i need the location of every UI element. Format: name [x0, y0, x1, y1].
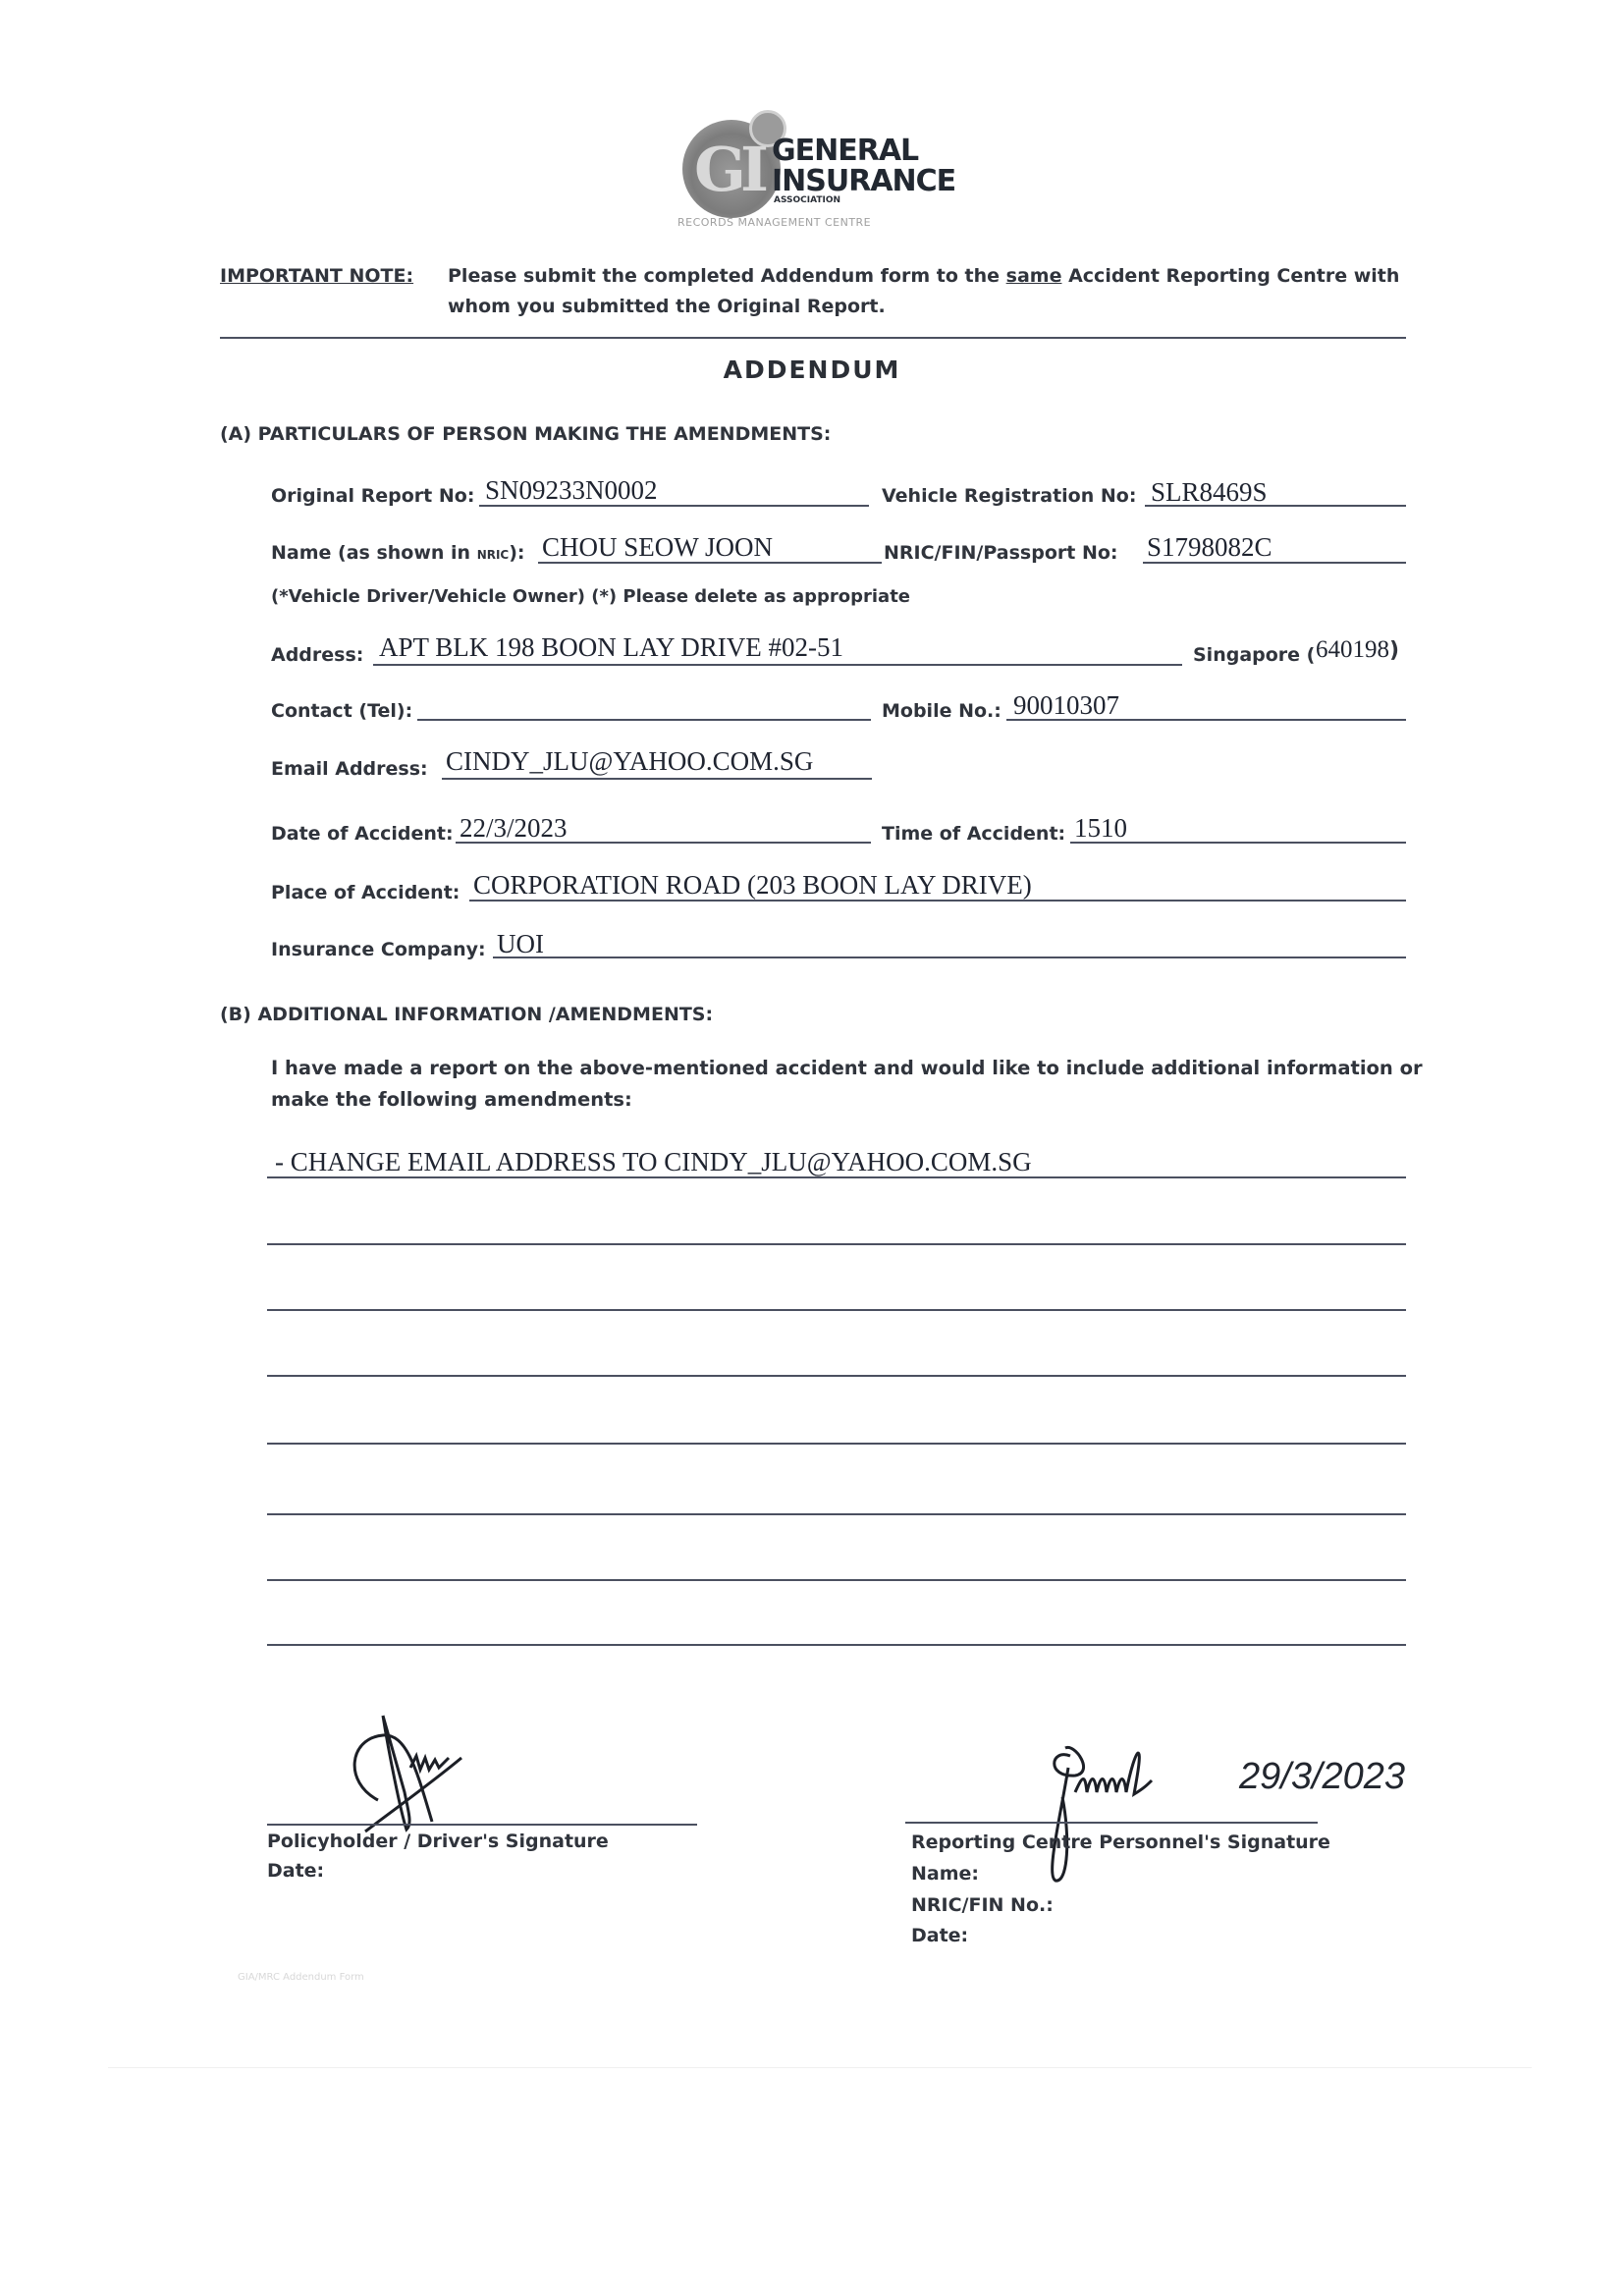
name-label-nric: NRIC	[477, 548, 510, 562]
personnel-date-label: Date:	[911, 1925, 968, 1946]
logo-association: ASSOCIATION	[774, 195, 840, 205]
name-label-prefix: Name (as shown in	[271, 542, 477, 564]
scan-edge-line	[108, 2067, 1532, 2068]
name-label: Name (as shown in NRIC):	[271, 542, 525, 564]
note-text-before: Please submit the completed Addendum for…	[448, 265, 1006, 287]
postal-code-value[interactable]: 640198)	[1316, 636, 1399, 664]
logo-subtitle: RECORDS MANAGEMENT CENTRE	[677, 216, 871, 229]
time-of-accident-label: Time of Accident:	[882, 823, 1065, 845]
insurance-company-value[interactable]: UOI	[497, 929, 544, 959]
name-label-suffix: ):	[509, 542, 524, 564]
amendment-line-1[interactable]: - CHANGE EMAIL ADDRESS TO CINDY_JLU@YAHO…	[275, 1147, 1032, 1177]
contact-tel-label: Contact (Tel):	[271, 700, 412, 722]
section-b-heading: (B) ADDITIONAL INFORMATION /AMENDMENTS:	[220, 1004, 713, 1025]
note-emphasis-same: same	[1006, 265, 1062, 287]
note-text-after: Accident Reporting Centre with	[1061, 265, 1399, 287]
important-note-line2: whom you submitted the Original Report.	[448, 296, 886, 317]
address-label: Address:	[271, 644, 363, 666]
policyholder-signature-line[interactable]	[267, 1824, 697, 1826]
policyholder-signature-label: Policyholder / Driver's Signature	[267, 1831, 609, 1852]
original-report-underline	[479, 505, 869, 507]
place-of-accident-value[interactable]: CORPORATION ROAD (203 BOON LAY DRIVE)	[473, 870, 1032, 901]
form-code-footer: GIA/MRC Addendum Form	[238, 1972, 364, 1983]
vehicle-registration-value[interactable]: SLR8469S	[1151, 477, 1268, 508]
section-b-intro-line1: I have made a report on the above-mentio…	[271, 1057, 1423, 1079]
personnel-name-label: Name:	[911, 1863, 979, 1885]
role-note: (*Vehicle Driver/Vehicle Owner) (*) Plea…	[271, 586, 910, 607]
date-of-accident-label: Date of Accident:	[271, 823, 454, 845]
gi-logo-mark: GI	[682, 120, 781, 218]
note-divider	[220, 337, 1406, 339]
personnel-nric-label: NRIC/FIN No.:	[911, 1894, 1054, 1916]
nric-value[interactable]: S1798082C	[1147, 532, 1272, 563]
amendment-underline-1	[267, 1176, 1406, 1178]
insurance-company-label: Insurance Company:	[271, 939, 486, 960]
amendment-underline-4[interactable]	[267, 1375, 1406, 1377]
singapore-close-paren: )	[1389, 638, 1399, 663]
postal-code-digits: 640198	[1316, 636, 1389, 663]
name-value[interactable]: CHOU SEOW JOON	[542, 532, 773, 563]
logo-wordmark: GENERAL INSURANCE	[772, 136, 955, 196]
policyholder-signature-icon	[324, 1714, 481, 1841]
logo-line-general: GENERAL	[772, 136, 955, 166]
original-report-value[interactable]: SN09233N0002	[485, 475, 658, 506]
place-of-accident-label: Place of Accident:	[271, 882, 460, 903]
contact-tel-underline	[417, 719, 871, 721]
email-label: Email Address:	[271, 758, 428, 780]
vehicle-registration-label: Vehicle Registration No:	[882, 485, 1136, 507]
date-of-accident-value[interactable]: 22/3/2023	[460, 813, 568, 844]
amendment-underline-8[interactable]	[267, 1644, 1406, 1646]
email-value[interactable]: CINDY_JLU@YAHOO.COM.SG	[446, 746, 813, 777]
section-a-heading: (A) PARTICULARS OF PERSON MAKING THE AME…	[220, 423, 831, 445]
policyholder-date-label: Date:	[267, 1860, 324, 1882]
nric-underline	[1143, 562, 1406, 564]
vehicle-registration-underline	[1145, 505, 1406, 507]
mobile-label: Mobile No.:	[882, 700, 1001, 722]
date-of-accident-underline	[456, 842, 871, 844]
time-of-accident-underline	[1070, 842, 1406, 844]
amendment-underline-6[interactable]	[267, 1513, 1406, 1515]
singapore-label: Singapore (	[1193, 644, 1315, 666]
mobile-value[interactable]: 90010307	[1013, 690, 1119, 721]
address-underline	[373, 664, 1182, 666]
original-report-label: Original Report No:	[271, 485, 474, 507]
email-underline	[442, 778, 872, 780]
mobile-underline	[1006, 719, 1406, 721]
personnel-signature-label: Reporting Centre Personnel's Signature	[911, 1831, 1330, 1853]
insurance-company-underline	[493, 957, 1406, 958]
time-of-accident-value[interactable]: 1510	[1074, 813, 1127, 844]
personnel-signature-line[interactable]	[905, 1822, 1318, 1824]
address-value[interactable]: APT BLK 198 BOON LAY DRIVE #02-51	[379, 632, 843, 663]
amendment-underline-3[interactable]	[267, 1309, 1406, 1311]
amendment-underline-5[interactable]	[267, 1443, 1406, 1445]
page-title: ADDENDUM	[0, 355, 1624, 384]
important-note-text: Please submit the completed Addendum for…	[448, 265, 1399, 287]
section-b-intro-line2: make the following amendments:	[271, 1088, 632, 1111]
important-note-heading: IMPORTANT NOTE:	[220, 265, 413, 287]
amendment-underline-7[interactable]	[267, 1579, 1406, 1581]
place-of-accident-underline	[469, 900, 1406, 902]
logo-mark-text: GI	[694, 134, 763, 205]
personnel-handwritten-date: 29/3/2023	[1239, 1756, 1405, 1798]
name-underline	[538, 562, 882, 564]
nric-label: NRIC/FIN/Passport No:	[884, 542, 1118, 564]
logo-line-insurance: INSURANCE	[772, 166, 955, 196]
amendment-underline-2[interactable]	[267, 1243, 1406, 1245]
